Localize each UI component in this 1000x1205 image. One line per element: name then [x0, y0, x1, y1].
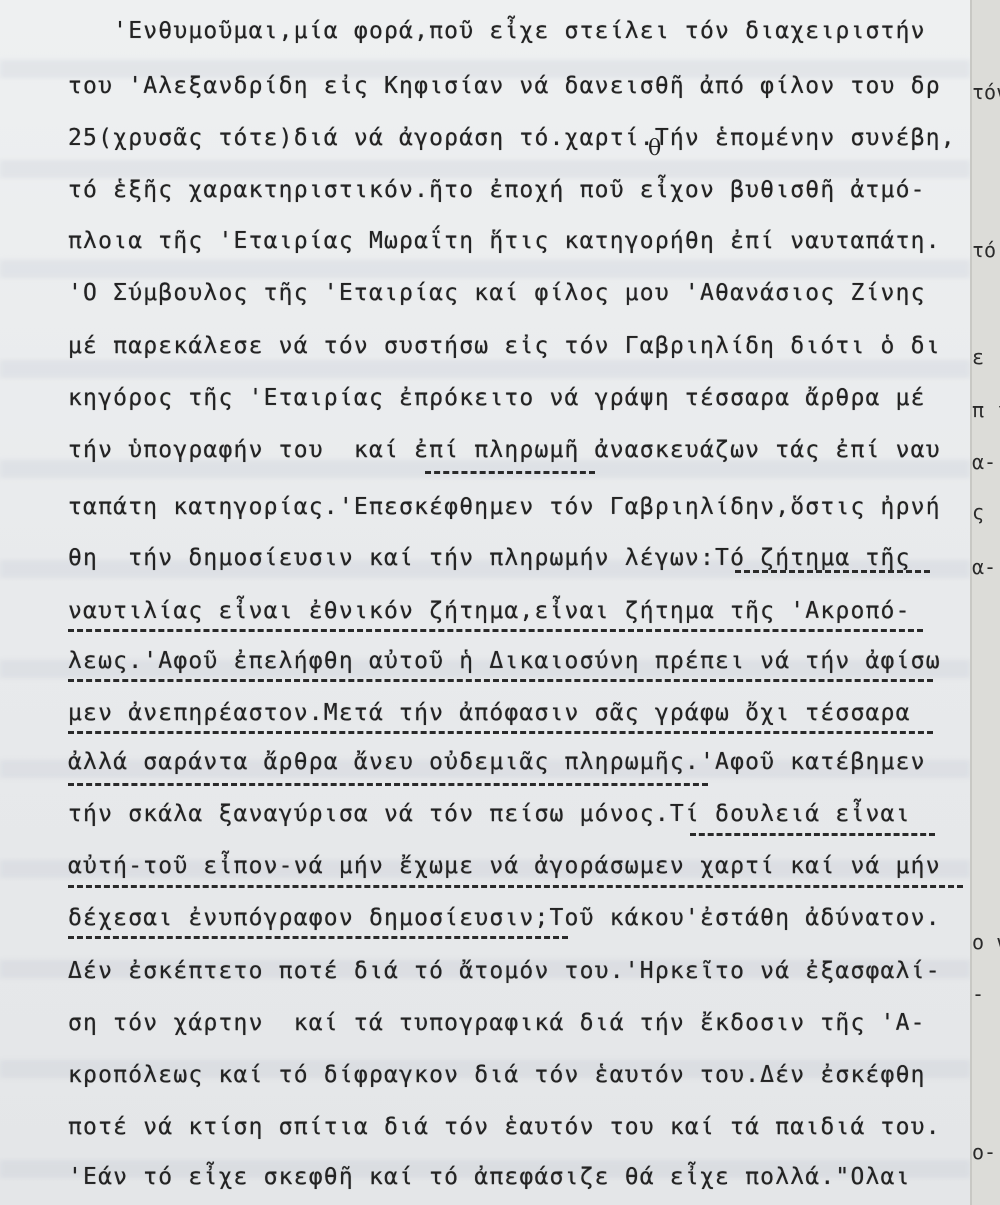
text-line: λεως.'Αφοῦ ἐπελήφθη αὐτοῦ ἡ Δικαιοσύνη π…	[68, 648, 941, 674]
underline	[68, 783, 708, 786]
adjacent-page-fragment: -	[972, 982, 984, 1006]
underline	[68, 629, 923, 632]
underline	[68, 936, 568, 939]
underline	[735, 570, 930, 573]
text-line: μέ παρεκάλεσε νά τόν συστήσω εἰς τόν Γαβ…	[68, 333, 941, 359]
text-line: δέχεσαι ἐνυπόγραφον δημοσίευσιν;Τοῦ κάκο…	[68, 905, 941, 931]
text-line: τήν σκάλα ξαναγύρισα νά τόν πείσω μόνος.…	[68, 801, 911, 827]
handwritten-annotation: θ	[648, 136, 661, 161]
text-line: 25(χρυσᾶς τότε)διά νά ἀγοράση τό.χαρτί.Τ…	[68, 125, 956, 151]
underline	[425, 471, 595, 474]
text-line: κροπόλεως καί τό δίφραγκον διά τόν ἑαυτό…	[68, 1062, 926, 1088]
underline	[690, 833, 935, 836]
adjacent-page-fragment: ο-	[972, 1140, 996, 1164]
text-line: ναυτιλίας εἶναι ἐθνικόν ζήτημα,εἶναι ζήτ…	[68, 598, 911, 624]
text-line: πλοια τῆς 'Εταιρίας Μωραΐτη ἥτις κατηγορ…	[68, 228, 941, 254]
text-line: του 'Αλεξανδρίδη εἰς Κηφισίαν νά δανεισθ…	[68, 73, 941, 99]
text-line: ποτέ νά κτίση σπίτια διά τόν ἑαυτόν του …	[68, 1114, 941, 1140]
adjacent-page-fragment: ε	[972, 345, 984, 369]
underline	[68, 885, 963, 888]
adjacent-page-fragment: τόν	[972, 80, 1000, 104]
adjacent-page-fragment: ο ν	[972, 930, 1000, 954]
underline	[68, 679, 933, 682]
text-line: 'Ενθυμοῦμαι,μία φορά,ποῦ εἶχε στείλει τό…	[68, 18, 926, 44]
adjacent-page-fragment: π ί	[972, 398, 1000, 422]
text-line: 'Εάν τό εἶχε σκεφθῆ καί τό ἀπεφάσιζε θά …	[68, 1164, 911, 1190]
text-line: ἀλλά σαράντα ἄρθρα ἄνευ οὐδεμιᾶς πληρωμῆ…	[68, 749, 926, 775]
text-line: κηγόρος τῆς 'Εταιρίας ἐπρόκειτο νά γράψη…	[68, 385, 926, 411]
adjacent-page-fragment: ς	[972, 500, 984, 524]
text-line: Δέν ἐσκέπτετο ποτέ διά τό ἄτομόν του.'Ηρ…	[68, 958, 941, 984]
adjacent-page-fragment: α-	[972, 450, 996, 474]
underline	[68, 731, 933, 734]
text-line: μεν ἀνεπηρέαστον.Μετά τήν ἀπόφασιν σᾶς γ…	[68, 700, 911, 726]
text-line: τό ἑξῆς χαρακτηριστικόν.ῆτο ἐποχή ποῦ εἶ…	[68, 177, 926, 203]
text-line: τήν ὑπογραφήν του καί ἐπί πληρωμῆ ἀνασκε…	[68, 437, 941, 463]
text-line: ση τόν χάρτην καί τά τυπογραφικά διά τήν…	[68, 1010, 926, 1036]
text-line: θη τήν δημοσίευσιν καί τήν πληρωμήν λέγω…	[68, 545, 911, 571]
text-line: ταπάτη κατηγορίας.'Επεσκέφθημεν τόν Γαβρ…	[68, 494, 941, 520]
text-line: 'Ο Σύμβουλος τῆς 'Εταιρίας καί φίλος μου…	[68, 280, 926, 306]
text-line: αὐτή-τοῦ εἶπον-νά μήν ἔχωμε νά ἀγοράσωμε…	[68, 853, 941, 879]
adjacent-page-fragment: τό	[972, 238, 996, 262]
adjacent-page-edge	[970, 0, 1000, 1205]
adjacent-page-fragment: α-	[972, 555, 996, 579]
